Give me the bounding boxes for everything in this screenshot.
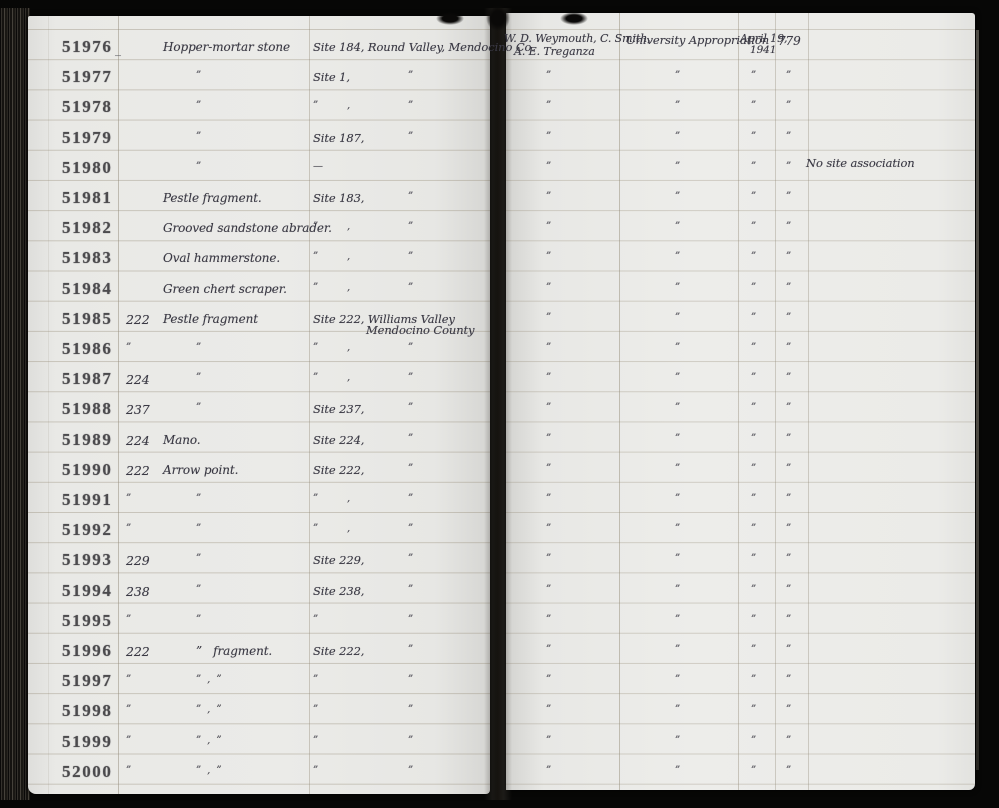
locality-ditto-comma: , <box>347 342 350 353</box>
locality: ” <box>313 282 318 293</box>
date-ditto: ” <box>751 131 756 142</box>
locality-ditto-comma: , <box>347 372 350 383</box>
locality-ditto: ” <box>408 282 413 293</box>
catalog-number: 51995 <box>62 611 113 631</box>
catalog-number: 51985 <box>62 309 113 329</box>
accession-ditto: ” <box>786 463 791 474</box>
locality: ” <box>313 342 318 353</box>
date-ditto: ” <box>751 251 756 262</box>
ledger-row: 51984Green chert scraper.”,””””” <box>0 275 999 303</box>
ledger-row: 51978””,””””” <box>0 93 999 121</box>
locality: ” <box>313 493 318 504</box>
ledger-row: 51996222” fragment.Site 222,””””” <box>0 637 999 665</box>
locality-ditto-comma: , <box>347 523 350 534</box>
object-description: ” <box>196 523 201 534</box>
collector-ditto: ” <box>546 342 551 353</box>
locality-ditto: ” <box>408 704 413 715</box>
how-acquired-ditto: ” <box>675 402 680 413</box>
catalog-number: 51990 <box>62 460 113 480</box>
accession-ditto: ” <box>786 372 791 383</box>
object-description: Oval hammerstone. <box>163 251 280 265</box>
accession-ditto: ” <box>786 493 791 504</box>
site-number-note: 237 <box>126 402 150 417</box>
acquisition-year: 1941 <box>750 44 776 56</box>
object-description: ” <box>196 553 201 564</box>
catalog-number: 51978 <box>62 97 113 117</box>
remarks-note: No site association <box>806 156 915 170</box>
how-acquired-ditto: ” <box>675 342 680 353</box>
site-number-note: ” <box>126 735 131 746</box>
how-acquired-ditto: ” <box>675 523 680 534</box>
how-acquired-ditto: ” <box>675 493 680 504</box>
locality-ditto: ” <box>408 523 413 534</box>
site-number-note: ” <box>126 493 131 504</box>
catalog-number: 51980 <box>62 158 113 178</box>
locality: ” <box>313 523 318 534</box>
collector-ditto: ” <box>546 402 551 413</box>
ledger-row: 51983Oval hammerstone.”,””””” <box>0 244 999 272</box>
accession-ditto: ” <box>786 70 791 81</box>
locality: ” <box>313 765 318 776</box>
accession-number: 779 <box>778 34 801 48</box>
ledger-row: 51992”””,””””” <box>0 516 999 544</box>
locality-ditto-comma: , <box>347 282 350 293</box>
catalog-number: 51982 <box>62 218 113 238</box>
how-acquired-ditto: ” <box>675 372 680 383</box>
object-description: Arrow point. <box>163 463 238 477</box>
site-number-note: ” <box>126 674 131 685</box>
accession-ditto: ” <box>786 553 791 564</box>
collector-ditto: ” <box>546 523 551 534</box>
site-number-note: 224 <box>126 433 150 448</box>
ledger-row: 51976_Hopper-mortar stoneSite 184, Round… <box>0 33 999 61</box>
locality: ” <box>313 221 318 232</box>
site-number-note: ” <box>126 523 131 534</box>
accession-ditto: ” <box>786 704 791 715</box>
accession-ditto: ” <box>786 282 791 293</box>
locality: Site 187, <box>313 131 364 145</box>
site-number-note: 238 <box>126 584 150 599</box>
catalog-number: 51988 <box>62 399 113 419</box>
collector-ditto: ” <box>546 765 551 776</box>
how-acquired-ditto: ” <box>675 161 680 172</box>
collector-ditto: ” <box>546 644 551 655</box>
locality-ditto: ” <box>408 131 413 142</box>
ledger-row: 51985222Pestle fragmentSite 222, William… <box>0 305 999 333</box>
ledger-row: 51993229”Site 229,””””” <box>0 546 999 574</box>
collector-ditto: ” <box>546 614 551 625</box>
locality: Site 229, <box>313 553 364 567</box>
how-acquired-ditto: ” <box>675 191 680 202</box>
ledger-row: 51987224””,””””” <box>0 365 999 393</box>
locality: Site 238, <box>313 584 364 598</box>
catalog-number: 51992 <box>62 520 113 540</box>
date-ditto: ” <box>751 221 756 232</box>
catalog-number: 51991 <box>62 490 113 510</box>
object-description: ” <box>196 100 201 111</box>
date-ditto: ” <box>751 553 756 564</box>
how-acquired-ditto: ” <box>675 131 680 142</box>
site-number-note: ” <box>126 704 131 715</box>
date-ditto: ” <box>751 584 756 595</box>
how-acquired-ditto: ” <box>675 704 680 715</box>
site-number-note: ” <box>126 342 131 353</box>
accession-ditto: ” <box>786 674 791 685</box>
object-description: ” , ” <box>196 704 221 715</box>
site-number-note: 222 <box>126 463 150 478</box>
how-acquired-ditto: ” <box>675 433 680 444</box>
site-number-note: 222 <box>126 312 150 327</box>
locality-ditto: ” <box>408 221 413 232</box>
collector-ditto: ” <box>546 161 551 172</box>
site-number-note: 222 <box>126 644 150 659</box>
object-description: Green chert scraper. <box>163 282 287 296</box>
catalog-number: 51976 <box>62 37 113 57</box>
accession-ditto: ” <box>786 312 791 323</box>
object-description: ” , ” <box>196 735 221 746</box>
collector-ditto: ” <box>546 372 551 383</box>
ledger-row: 51994238”Site 238,””””” <box>0 577 999 605</box>
catalog-number: 51994 <box>62 581 113 601</box>
locality: Site 1, <box>313 70 350 84</box>
ledger-row: 51986”””,””””” <box>0 335 999 363</box>
catalog-number: 51999 <box>62 732 113 752</box>
how-acquired-ditto: ” <box>675 735 680 746</box>
accession-ditto: ” <box>786 614 791 625</box>
catalog-number: 51996 <box>62 641 113 661</box>
locality-ditto: ” <box>408 614 413 625</box>
object-description: ” <box>196 493 201 504</box>
date-ditto: ” <box>751 372 756 383</box>
how-acquired-ditto: ” <box>675 100 680 111</box>
how-acquired-ditto: ” <box>675 70 680 81</box>
collector-ditto: ” <box>546 191 551 202</box>
locality: ” <box>313 372 318 383</box>
date-ditto: ” <box>751 674 756 685</box>
locality-ditto: ” <box>408 191 413 202</box>
accession-ditto: ” <box>786 100 791 111</box>
collector-ditto: ” <box>546 553 551 564</box>
object-description: ” <box>196 584 201 595</box>
ledger-row: 51977”Site 1,””””” <box>0 63 999 91</box>
catalog-number: 51987 <box>62 369 113 389</box>
collector-ditto: ” <box>546 493 551 504</box>
site-number-note: 224 <box>126 372 150 387</box>
object-description: Pestle fragment <box>163 312 258 326</box>
catalog-number: 51983 <box>62 248 113 268</box>
locality-ditto: ” <box>408 493 413 504</box>
ledger-row: 51990222Arrow point.Site 222,””””” <box>0 456 999 484</box>
catalog-number: 51989 <box>62 430 113 450</box>
catalog-number: 51993 <box>62 550 113 570</box>
collector-names-line2: A. E. Treganza <box>514 45 595 58</box>
accession-ditto: ” <box>786 523 791 534</box>
accession-ditto: ” <box>786 131 791 142</box>
object-description: ” <box>196 342 201 353</box>
locality-ditto-comma: , <box>347 493 350 504</box>
locality-ditto: ” <box>408 251 413 262</box>
ledger-row: 51982Grooved sandstone abrader.”,””””” <box>0 214 999 242</box>
object-description: Hopper-mortar stone <box>163 40 290 54</box>
ledger-row: 51998”” , ””””””” <box>0 697 999 725</box>
catalog-number: 51986 <box>62 339 113 359</box>
catalog-number: 51997 <box>62 671 113 691</box>
locality-ditto: ” <box>408 553 413 564</box>
how-acquired-ditto: ” <box>675 765 680 776</box>
ledger-row: 51979”Site 187,””””” <box>0 124 999 152</box>
date-ditto: ” <box>751 433 756 444</box>
catalog-number: 51979 <box>62 128 113 148</box>
object-description: Mano. <box>163 433 201 447</box>
accession-ditto: ” <box>786 644 791 655</box>
locality-ditto-comma: , <box>347 251 350 262</box>
object-description: ” <box>196 131 201 142</box>
ledger-row: 51989224Mano.Site 224,””””” <box>0 426 999 454</box>
site-number-note: ” <box>126 614 131 625</box>
collector-ditto: ” <box>546 312 551 323</box>
accession-ditto: ” <box>786 342 791 353</box>
accession-ditto: ” <box>786 584 791 595</box>
collector-ditto: ” <box>546 251 551 262</box>
collector-ditto: ” <box>546 433 551 444</box>
collector-ditto: ” <box>546 70 551 81</box>
collector-ditto: ” <box>546 584 551 595</box>
date-ditto: ” <box>751 191 756 202</box>
object-description: ” <box>196 70 201 81</box>
ledger-entries: 51976_Hopper-mortar stoneSite 184, Round… <box>0 0 999 808</box>
scanned-ledger-photo: 51976_Hopper-mortar stoneSite 184, Round… <box>0 0 999 808</box>
how-acquired-ditto: ” <box>675 644 680 655</box>
locality: ” <box>313 674 318 685</box>
how-acquired-ditto: ” <box>675 584 680 595</box>
date-ditto: ” <box>751 463 756 474</box>
object-description: ” fragment. <box>196 644 272 658</box>
locality-ditto: ” <box>408 584 413 595</box>
collector-ditto: ” <box>546 704 551 715</box>
locality: ” <box>313 614 318 625</box>
accession-ditto: ” <box>786 161 791 172</box>
date-ditto: ” <box>751 70 756 81</box>
ledger-row: 51999”” , ””””””” <box>0 728 999 756</box>
collector-ditto: ” <box>546 282 551 293</box>
how-acquired-ditto: ” <box>675 312 680 323</box>
date-ditto: ” <box>751 644 756 655</box>
locality-ditto: ” <box>408 463 413 474</box>
object-description: ” , ” <box>196 674 221 685</box>
how-acquired-ditto: ” <box>675 221 680 232</box>
locality: Site 222, <box>313 644 364 658</box>
ledger-row: 51997”” , ””””””” <box>0 667 999 695</box>
date-ditto: ” <box>751 161 756 172</box>
locality-ditto: ” <box>408 372 413 383</box>
locality: Site 222, <box>313 463 364 477</box>
object-description: ” , ” <box>196 765 221 776</box>
how-acquired-ditto: ” <box>675 282 680 293</box>
locality: Site 237, <box>313 402 364 416</box>
accession-ditto: ” <box>786 735 791 746</box>
accession-ditto: ” <box>786 402 791 413</box>
how-acquired-ditto: ” <box>675 553 680 564</box>
locality: ” <box>313 100 318 111</box>
accession-ditto: ” <box>786 433 791 444</box>
locality-ditto: ” <box>408 765 413 776</box>
object-description: Grooved sandstone abrader. <box>163 221 332 235</box>
locality-ditto-comma: , <box>347 221 350 232</box>
catalog-number: 52000 <box>62 762 113 782</box>
locality-ditto: ” <box>408 70 413 81</box>
ledger-row: 51980”—””””No site association <box>0 154 999 182</box>
locality: Site 184, Round Valley, Mendocino Co. <box>313 40 535 54</box>
accession-ditto: ” <box>786 765 791 776</box>
ledger-row: 51988237”Site 237,””””” <box>0 395 999 423</box>
date-ditto: ” <box>751 765 756 776</box>
locality-ditto: ” <box>408 342 413 353</box>
locality-ditto: ” <box>408 433 413 444</box>
locality: Site 224, <box>313 433 364 447</box>
locality-ditto: ” <box>408 735 413 746</box>
ledger-row: 51991”””,””””” <box>0 486 999 514</box>
object-description: Pestle fragment. <box>163 191 262 205</box>
accession-ditto: ” <box>786 221 791 232</box>
catalog-number: 51984 <box>62 279 113 299</box>
locality-ditto: ” <box>408 402 413 413</box>
date-ditto: ” <box>751 523 756 534</box>
ledger-row: 51995”””””””” <box>0 607 999 635</box>
catalog-number: 51998 <box>62 701 113 721</box>
locality: ” <box>313 735 318 746</box>
object-description: ” <box>196 161 201 172</box>
collector-ditto: ” <box>546 100 551 111</box>
how-acquired-ditto: ” <box>675 251 680 262</box>
site-number-note: ” <box>126 765 131 776</box>
catalog-number: 51977 <box>62 67 113 87</box>
locality: Site 183, <box>313 191 364 205</box>
accession-ditto: ” <box>786 191 791 202</box>
collector-ditto: ” <box>546 131 551 142</box>
date-ditto: ” <box>751 614 756 625</box>
date-ditto: ” <box>751 100 756 111</box>
collector-ditto: ” <box>546 463 551 474</box>
ledger-row: 51981Pestle fragment.Site 183,””””” <box>0 184 999 212</box>
catalog-number: 51981 <box>62 188 113 208</box>
locality-ditto: ” <box>408 100 413 111</box>
object-description: ” <box>196 372 201 383</box>
date-ditto: ” <box>751 282 756 293</box>
accession-ditto: ” <box>786 251 791 262</box>
how-acquired-ditto: ” <box>675 614 680 625</box>
ledger-row: 52000”” , ””””””” <box>0 758 999 786</box>
collector-ditto: ” <box>546 221 551 232</box>
object-description: ” <box>196 402 201 413</box>
locality: — <box>313 161 323 172</box>
how-acquired-ditto: ” <box>675 674 680 685</box>
date-ditto: ” <box>751 402 756 413</box>
locality-ditto: ” <box>408 644 413 655</box>
locality: ” <box>313 704 318 715</box>
date-ditto: ” <box>751 312 756 323</box>
locality: ” <box>313 251 318 262</box>
date-ditto: ” <box>751 342 756 353</box>
site-number-note: 229 <box>126 553 150 568</box>
date-ditto: ” <box>751 493 756 504</box>
collector-ditto: ” <box>546 674 551 685</box>
locality-ditto: ” <box>408 674 413 685</box>
how-acquired-ditto: ” <box>675 463 680 474</box>
date-ditto: ” <box>751 735 756 746</box>
pencil-mark: _ <box>115 42 121 56</box>
collector-ditto: ” <box>546 735 551 746</box>
locality-ditto-comma: , <box>347 100 350 111</box>
date-ditto: ” <box>751 704 756 715</box>
object-description: ” <box>196 614 201 625</box>
